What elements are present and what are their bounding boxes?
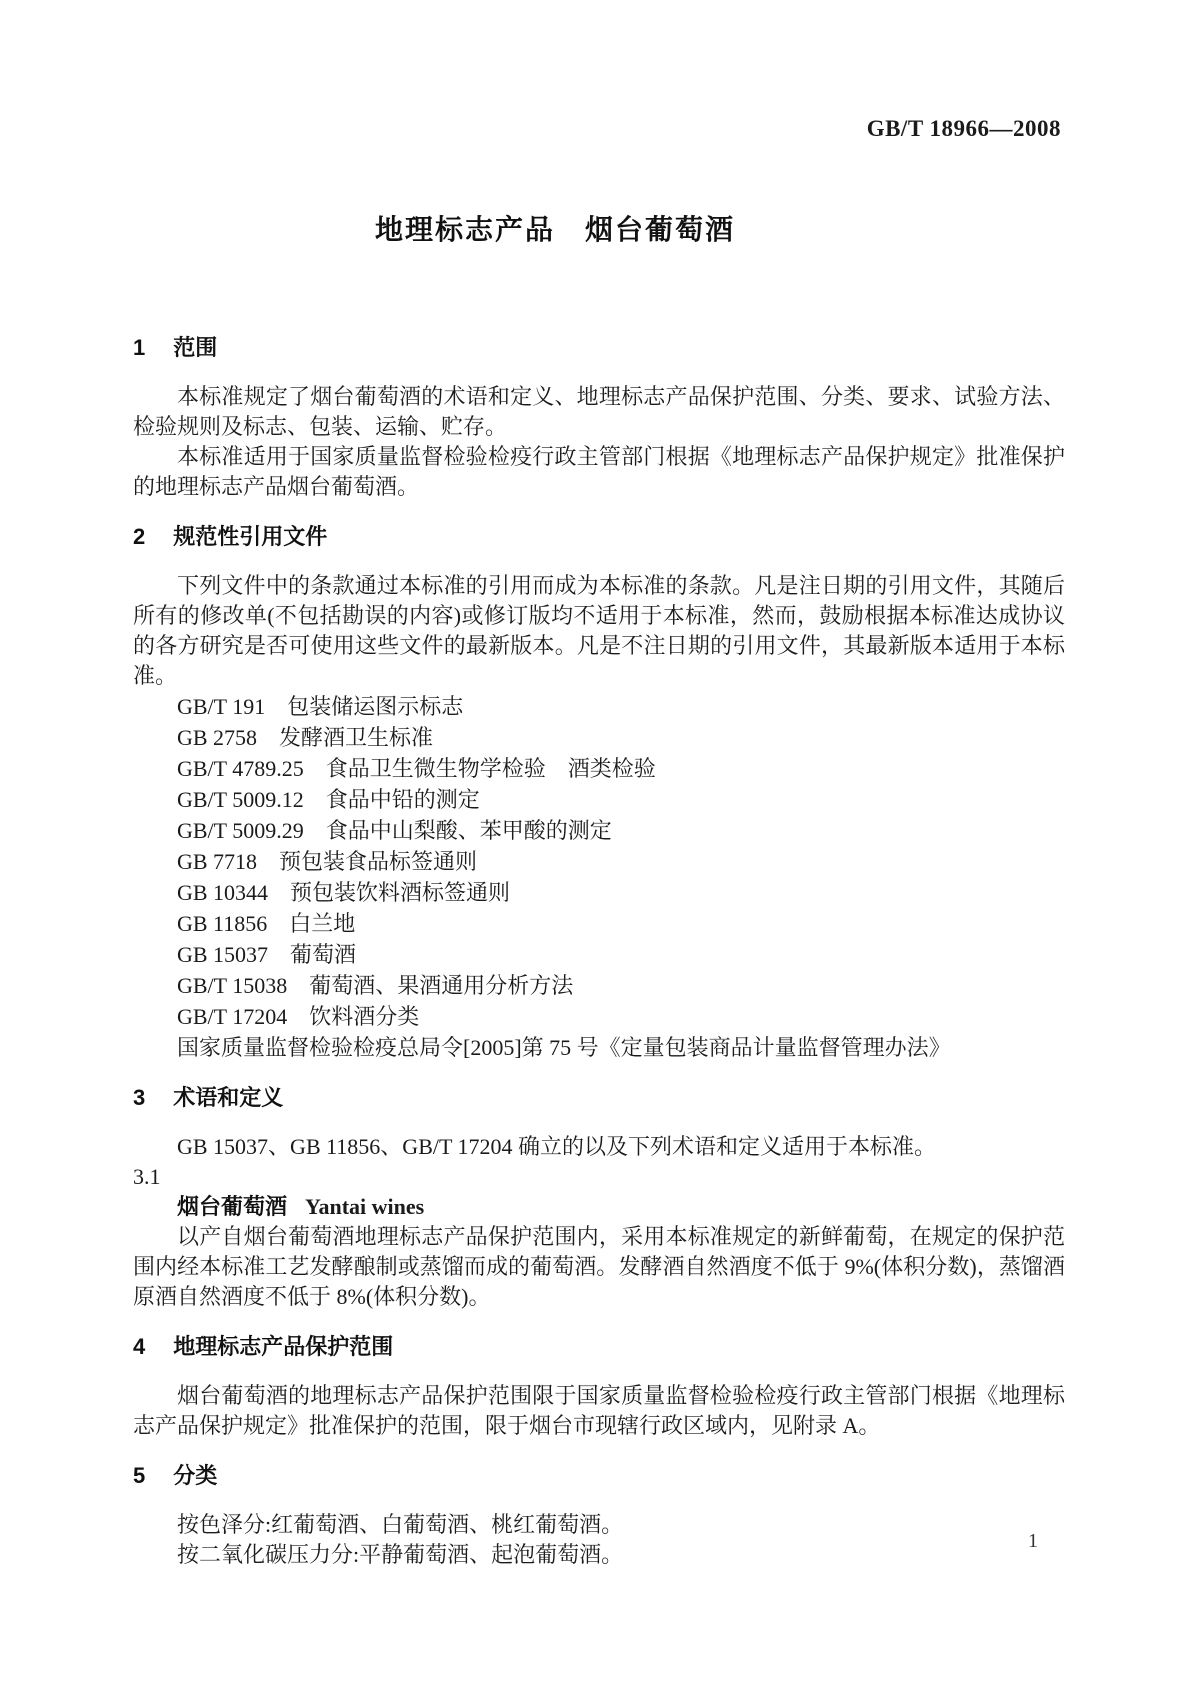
section-2-heading: 2规范性引用文件 [133,522,1065,552]
reference-item: 国家质量监督检验检疫总局令[2005]第 75 号《定量包装商品计量监督管理办法… [133,1032,1065,1063]
term-definition-line: 烟台葡萄酒Yantai wines [133,1192,1065,1222]
term-english: Yantai wines [305,1194,424,1219]
reference-item: GB 7718 预包装食品标签通则 [133,846,1065,877]
clause-3-1-number: 3.1 [133,1162,1065,1192]
page-number: 1 [1028,1530,1038,1553]
document-page: GB/T 18966—2008 地理标志产品 烟台葡萄酒 1范围 本标准规定了烟… [0,0,1191,1684]
reference-item: GB/T 4789.25 食品卫生微生物学检验 酒类检验 [133,753,1065,784]
standard-code: GB/T 18966—2008 [867,116,1061,142]
document-title: 地理标志产品 烟台葡萄酒 [0,208,1110,248]
reference-item: GB/T 17204 饮料酒分类 [133,1001,1065,1032]
section-5-title: 分类 [173,1463,217,1488]
section-2-number: 2 [133,522,145,552]
reference-item: GB/T 191 包装储运图示标志 [133,691,1065,722]
section-1-number: 1 [133,333,145,363]
term-definition-text: 以产自烟台葡萄酒地理标志产品保护范围内，采用本标准规定的新鲜葡萄，在规定的保护范… [133,1222,1065,1312]
section-3-heading: 3术语和定义 [133,1083,1065,1113]
section-3-number: 3 [133,1083,145,1113]
section-3-intro: GB 15037、GB 11856、GB/T 17204 确立的以及下列术语和定… [133,1132,1065,1162]
section-1-paragraph-2: 本标准适用于国家质量监督检验检疫行政主管部门根据《地理标志产品保护规定》批准保护… [133,442,1065,502]
reference-item: GB/T 15038 葡萄酒、果酒通用分析方法 [133,970,1065,1001]
term-chinese: 烟台葡萄酒 [177,1194,287,1219]
section-5-paragraph-2: 按二氧化碳压力分:平静葡萄酒、起泡葡萄酒。 [133,1540,1065,1570]
section-5-paragraph-1: 按色泽分:红葡萄酒、白葡萄酒、桃红葡萄酒。 [133,1510,1065,1540]
reference-item: GB 11856 白兰地 [133,908,1065,939]
section-2-title: 规范性引用文件 [173,524,327,549]
normative-references-list: GB/T 191 包装储运图示标志 GB 2758 发酵酒卫生标准 GB/T 4… [133,691,1065,1063]
reference-item: GB 10344 预包装饮料酒标签通则 [133,877,1065,908]
section-1-paragraph-1: 本标准规定了烟台葡萄酒的术语和定义、地理标志产品保护范围、分类、要求、试验方法、… [133,382,1065,442]
reference-item: GB/T 5009.12 食品中铅的测定 [133,784,1065,815]
section-1-heading: 1范围 [133,333,1065,363]
reference-item: GB 15037 葡萄酒 [133,939,1065,970]
section-2-intro: 下列文件中的条款通过本标准的引用而成为本标准的条款。凡是注日期的引用文件，其随后… [133,571,1065,691]
section-5-heading: 5分类 [133,1461,1065,1491]
section-3-title: 术语和定义 [173,1085,283,1110]
section-5-number: 5 [133,1461,145,1491]
reference-item: GB 2758 发酵酒卫生标准 [133,722,1065,753]
reference-item: GB/T 5009.29 食品中山梨酸、苯甲酸的测定 [133,815,1065,846]
section-4-number: 4 [133,1332,145,1362]
section-1-title: 范围 [173,335,217,360]
section-4-paragraph: 烟台葡萄酒的地理标志产品保护范围限于国家质量监督检验检疫行政主管部门根据《地理标… [133,1381,1065,1441]
section-4-heading: 4地理标志产品保护范围 [133,1332,1065,1362]
document-body: 1范围 本标准规定了烟台葡萄酒的术语和定义、地理标志产品保护范围、分类、要求、试… [133,313,1065,1570]
section-4-title: 地理标志产品保护范围 [173,1334,393,1359]
